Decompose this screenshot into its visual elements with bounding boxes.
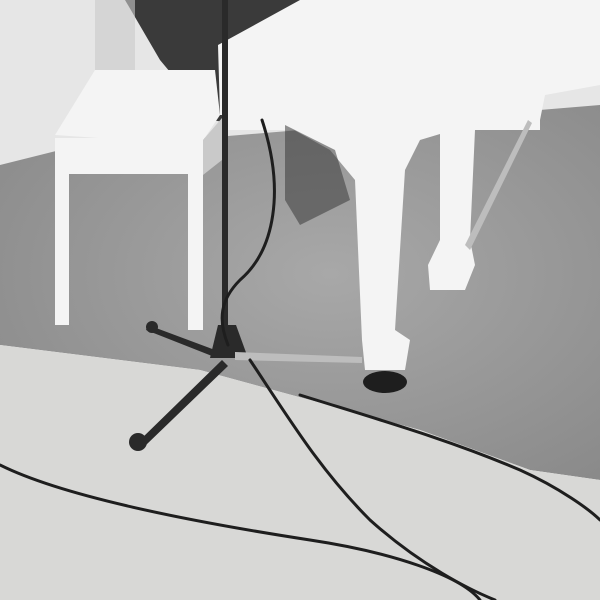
photograph: [0, 0, 600, 600]
photo-canvas: [0, 0, 600, 600]
